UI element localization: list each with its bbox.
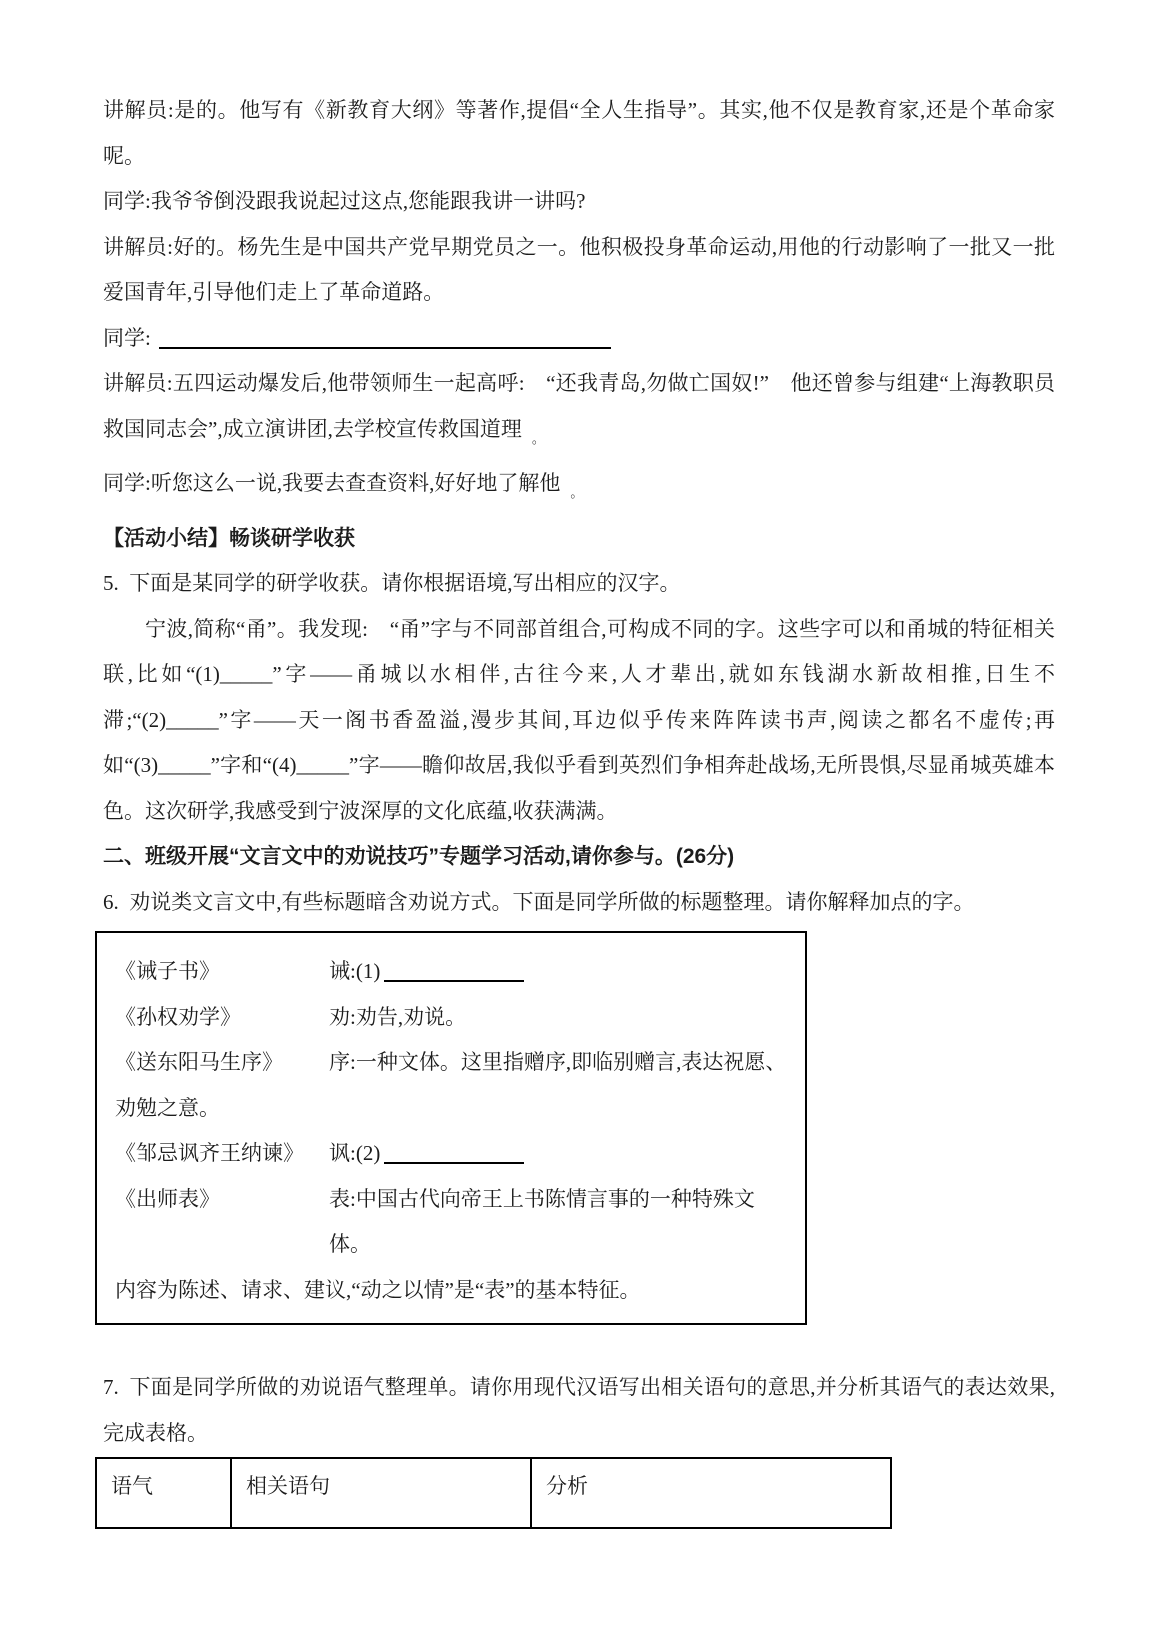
work-title: 《出师表》 bbox=[115, 1177, 329, 1268]
dialogue-student-3-text: 同学:听您这么一说,我要去查查资料,好好地了解他 bbox=[103, 471, 560, 495]
work-definition: 表:中国古代向帝王上书陈情言事的一种特殊文体。 bbox=[329, 1177, 789, 1268]
q6-box-continuation-line: 内容为陈述、请求、建议,“动之以情”是“表”的基本特征。 bbox=[115, 1268, 789, 1314]
dialogue-line-guide-3: 讲解员:五四运动爆发后,他带领师生一起高呼: “还我青岛,勿做亡国奴!” 他还曾… bbox=[103, 361, 1055, 461]
dialogue-line-guide-2: 讲解员:好的。杨先生是中国共产党早期党员之一。他积极投身革命运动,用他的行动影响… bbox=[103, 225, 1055, 316]
small-period-mark: 。 bbox=[532, 431, 545, 446]
work-definition: 序:一种文体。这里指赠序,即临别赠言,表达祝愿、 bbox=[329, 1040, 789, 1086]
speaker-label: 同学: bbox=[103, 326, 151, 350]
work-title: 《诫子书》 bbox=[115, 949, 329, 995]
work-definition-continuation: 内容为陈述、请求、建议,“动之以情”是“表”的基本特征。 bbox=[115, 1268, 641, 1314]
question-7-stem: 7. 下面是同学所做的劝说语气整理单。请你用现代汉语写出相关语句的意思,并分析其… bbox=[103, 1365, 1055, 1456]
question-5-stem: 5. 下面是某同学的研学收获。请你根据语境,写出相应的汉字。 bbox=[103, 561, 1055, 607]
work-title: 《孙权劝学》 bbox=[115, 995, 329, 1041]
answer-blank-1[interactable] bbox=[384, 957, 524, 982]
work-title: 《邹忌讽齐王纳谏》 bbox=[115, 1131, 329, 1177]
q6-box-row: 《出师表》 表:中国古代向帝王上书陈情言事的一种特殊文体。 bbox=[115, 1177, 789, 1268]
section-2-heading: 二、班级开展“文言文中的劝说技巧”专题学习活动,请你参与。(26分) bbox=[103, 834, 1055, 880]
q6-box-continuation-line: 劝勉之意。 bbox=[115, 1086, 789, 1132]
q6-box-row: 《送东阳马生序》 序:一种文体。这里指赠序,即临别赠言,表达祝愿、 bbox=[115, 1040, 789, 1086]
tone-table-header-tone: 语气 bbox=[96, 1458, 231, 1528]
q6-box-row: 《孙权劝学》 劝:劝告,劝说。 bbox=[115, 995, 789, 1041]
work-definition: 讽:(2) bbox=[329, 1131, 789, 1177]
dialogue-line-student-3: 同学:听您这么一说,我要去查查资料,好好地了解他。 bbox=[103, 461, 1055, 516]
exam-document-page: 讲解员:是的。他写有《新教育大纲》等著作,提倡“全人生指导”。其实,他不仅是教育… bbox=[0, 0, 1158, 1638]
question-5-passage: 宁波,简称“甬”。我发现: “甬”字与不同部首组合,可构成不同的字。这些字可以和… bbox=[103, 607, 1055, 835]
work-definition-continuation: 劝勉之意。 bbox=[115, 1086, 220, 1132]
answer-blank-line[interactable] bbox=[159, 324, 611, 349]
question-6-stem: 6. 劝说类文言文中,有些标题暗含劝说方式。下面是同学所做的标题整理。请你解释加… bbox=[103, 880, 1055, 926]
work-definition: 诫:(1) bbox=[329, 949, 789, 995]
document-content: 讲解员:是的。他写有《新教育大纲》等著作,提倡“全人生指导”。其实,他不仅是教育… bbox=[103, 88, 1055, 1529]
tone-analysis-table: 语气 相关语句 分析 bbox=[95, 1457, 892, 1529]
dialogue-line-student-2: 同学: bbox=[103, 316, 1055, 362]
small-period-mark: 。 bbox=[570, 485, 583, 500]
work-definition: 劝:劝告,劝说。 bbox=[329, 995, 789, 1041]
answer-blank-2[interactable] bbox=[384, 1139, 524, 1164]
dialogue-line-student-1: 同学:我爷爷倒没跟我说起过这点,您能跟我讲一讲吗? bbox=[103, 179, 1055, 225]
tone-table-header-row: 语气 相关语句 分析 bbox=[96, 1458, 891, 1528]
q6-box-row: 《邹忌讽齐王纳谏》 讽:(2) bbox=[115, 1131, 789, 1177]
q6-title-box: 《诫子书》 诫:(1) 《孙权劝学》 劝:劝告,劝说。 《送东阳马生序》 序:一… bbox=[95, 931, 807, 1325]
work-title: 《送东阳马生序》 bbox=[115, 1040, 329, 1086]
dialogue-line-guide-1: 讲解员:是的。他写有《新教育大纲》等著作,提倡“全人生指导”。其实,他不仅是教育… bbox=[103, 88, 1055, 179]
q6-box-row: 《诫子书》 诫:(1) bbox=[115, 949, 789, 995]
dialogue-guide-3-text: 讲解员:五四运动爆发后,他带领师生一起高呼: “还我青岛,勿做亡国奴!” 他还曾… bbox=[103, 371, 1055, 441]
work-definition-text: 讽:(2) bbox=[329, 1141, 380, 1165]
tone-table-header-sentence: 相关语句 bbox=[231, 1458, 531, 1528]
tone-table-header-analysis: 分析 bbox=[531, 1458, 891, 1528]
activity-summary-heading: 【活动小结】畅谈研学收获 bbox=[103, 516, 1055, 562]
work-definition-text: 诫:(1) bbox=[329, 959, 380, 983]
